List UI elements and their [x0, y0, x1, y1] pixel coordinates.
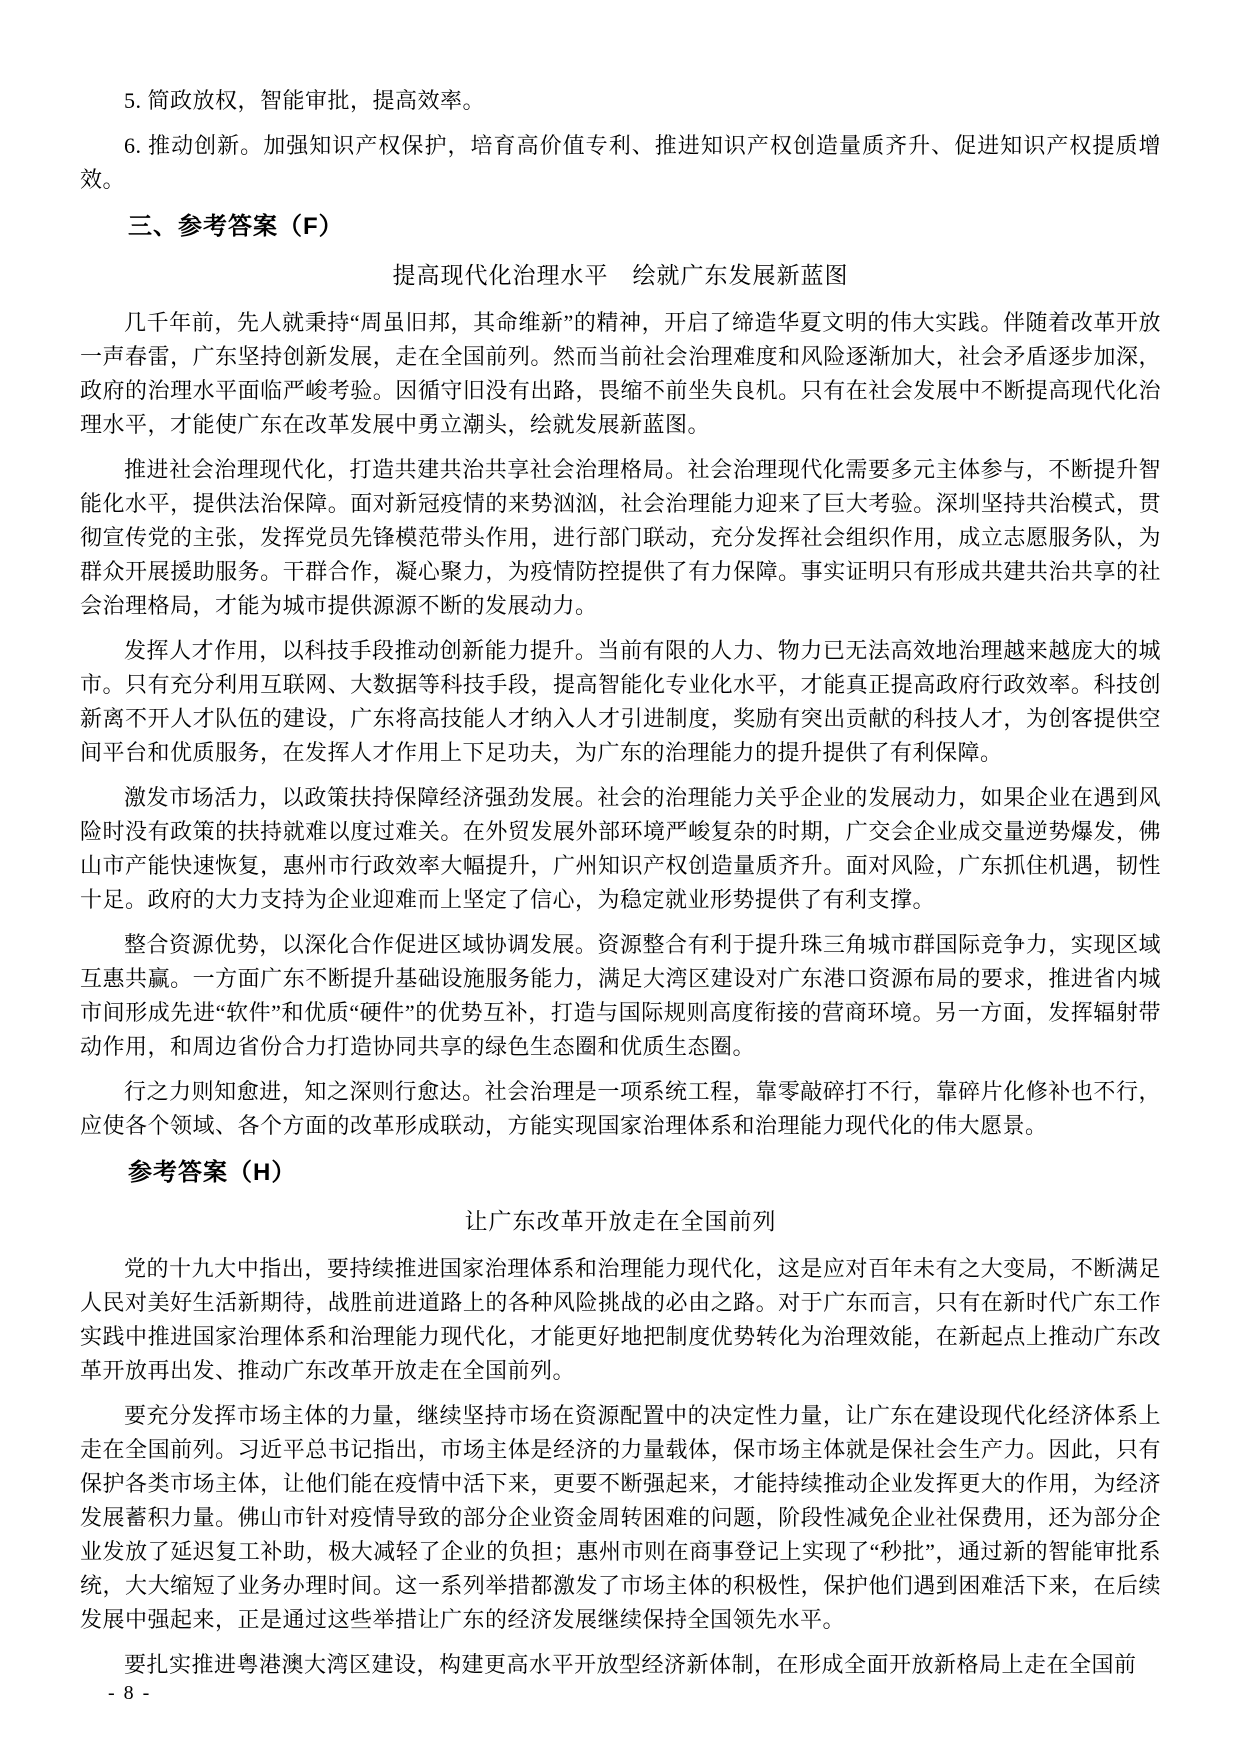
essay-f-paragraph-2: 推进社会治理现代化，打造共建共治共享社会治理格局。社会治理现代化需要多元主体参与…	[80, 453, 1161, 623]
essay-h-paragraph-3: 要扎实推进粤港澳大湾区建设，构建更高水平开放型经济新体制，在形成全面开放新格局上…	[80, 1648, 1161, 1682]
essay-h-paragraph-2: 要充分发挥市场主体的力量，继续坚持市场在资源配置中的决定性力量，让广东在建设现代…	[80, 1399, 1161, 1637]
document-content: 5. 简政放权，智能审批，提高效率。 6. 推动创新。加强知识产权保护，培育高价…	[80, 84, 1161, 1693]
document-body: { "document": { "page_number": "- 8 -", …	[0, 0, 1241, 1754]
essay-f-paragraph-3: 发挥人才作用，以科技手段推动创新能力提升。当前有限的人力、物力已无法高效地治理越…	[80, 634, 1161, 770]
essay-f-paragraph-5: 整合资源优势，以深化合作促进区域协调发展。资源整合有利于提升珠三角城市群国际竞争…	[80, 928, 1161, 1064]
essay-f-paragraph-6: 行之力则知愈进，知之深则行愈达。社会治理是一项系统工程，靠零敲碎打不行，靠碎片化…	[80, 1075, 1161, 1143]
list-item-6: 6. 推动创新。加强知识产权保护，培育高价值专利、推进知识产权创造量质齐升、促进…	[80, 129, 1161, 197]
essay-title-f: 提高现代化治理水平 绘就广东发展新蓝图	[80, 259, 1161, 293]
section-heading-f: 三、参考答案（F）	[80, 208, 1161, 246]
essay-title-h: 让广东改革开放走在全国前列	[80, 1205, 1161, 1239]
essay-h-paragraph-1: 党的十九大中指出，要持续推进国家治理体系和治理能力现代化，这是应对百年未有之大变…	[80, 1252, 1161, 1388]
essay-f-paragraph-4: 激发市场活力，以政策扶持保障经济强劲发展。社会的治理能力关乎企业的发展动力，如果…	[80, 781, 1161, 917]
list-item-5: 5. 简政放权，智能审批，提高效率。	[80, 84, 1161, 118]
section-heading-h: 参考答案（H）	[80, 1154, 1161, 1192]
page-number: - 8 -	[108, 1682, 151, 1705]
essay-f-paragraph-1: 几千年前，先人就秉持“周虽旧邦，其命维新”的精神，开启了缔造华夏文明的伟大实践。…	[80, 306, 1161, 442]
document-page: 5. 简政放权，智能审批，提高效率。 6. 推动创新。加强知识产权保护，培育高价…	[0, 0, 1241, 1754]
